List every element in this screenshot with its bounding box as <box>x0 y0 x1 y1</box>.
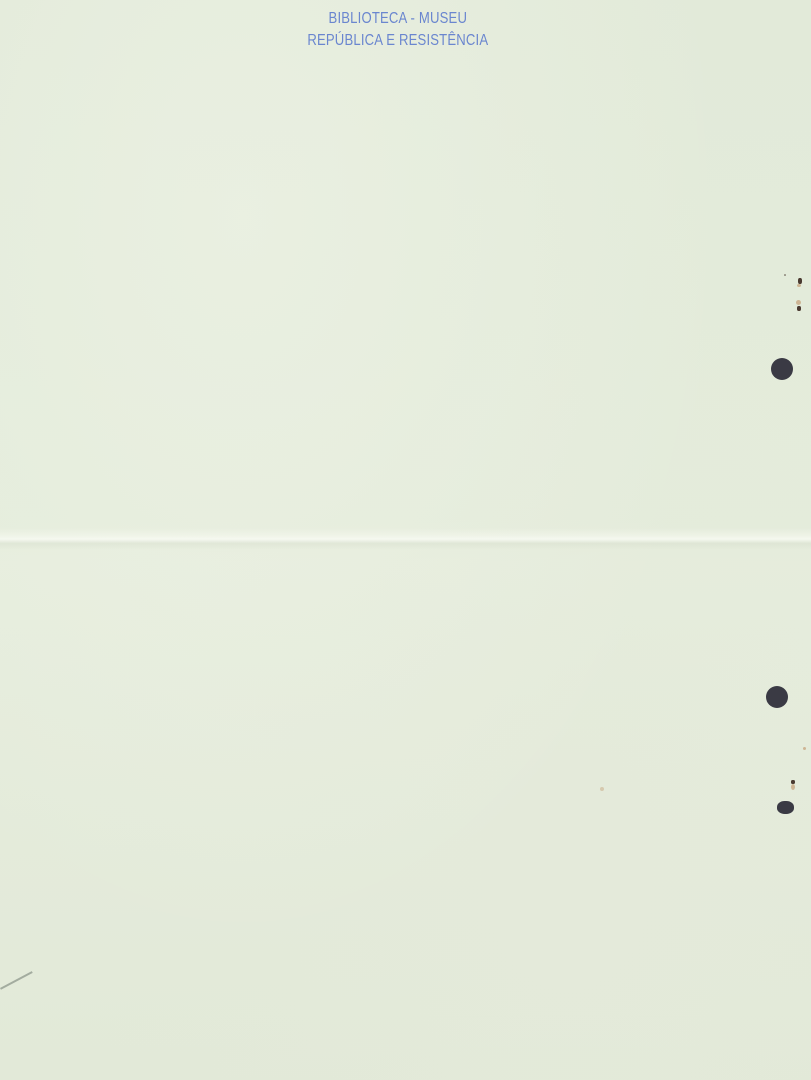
punch-hole-top <box>771 358 793 380</box>
rust-mark <box>797 284 801 287</box>
library-stamp: BIBLIOTECA - MUSEU REPÚBLICA E RESISTÊNC… <box>71 8 724 52</box>
document-page: BIBLIOTECA - MUSEU REPÚBLICA E RESISTÊNC… <box>0 0 811 1080</box>
stamp-line-2: REPÚBLICA E RESISTÊNCIA <box>71 30 724 52</box>
rust-mark <box>791 784 795 790</box>
stamp-line-1: BIBLIOTECA - MUSEU <box>71 8 724 30</box>
fold-crease <box>0 528 811 550</box>
punch-hole-bottom <box>766 686 788 708</box>
staple-mark <box>797 306 801 311</box>
rust-mark <box>796 300 801 305</box>
corner-crease <box>0 971 41 1006</box>
stain <box>600 787 604 791</box>
rust-mark <box>803 747 806 750</box>
torn-hole <box>777 801 794 814</box>
speck <box>784 274 786 276</box>
